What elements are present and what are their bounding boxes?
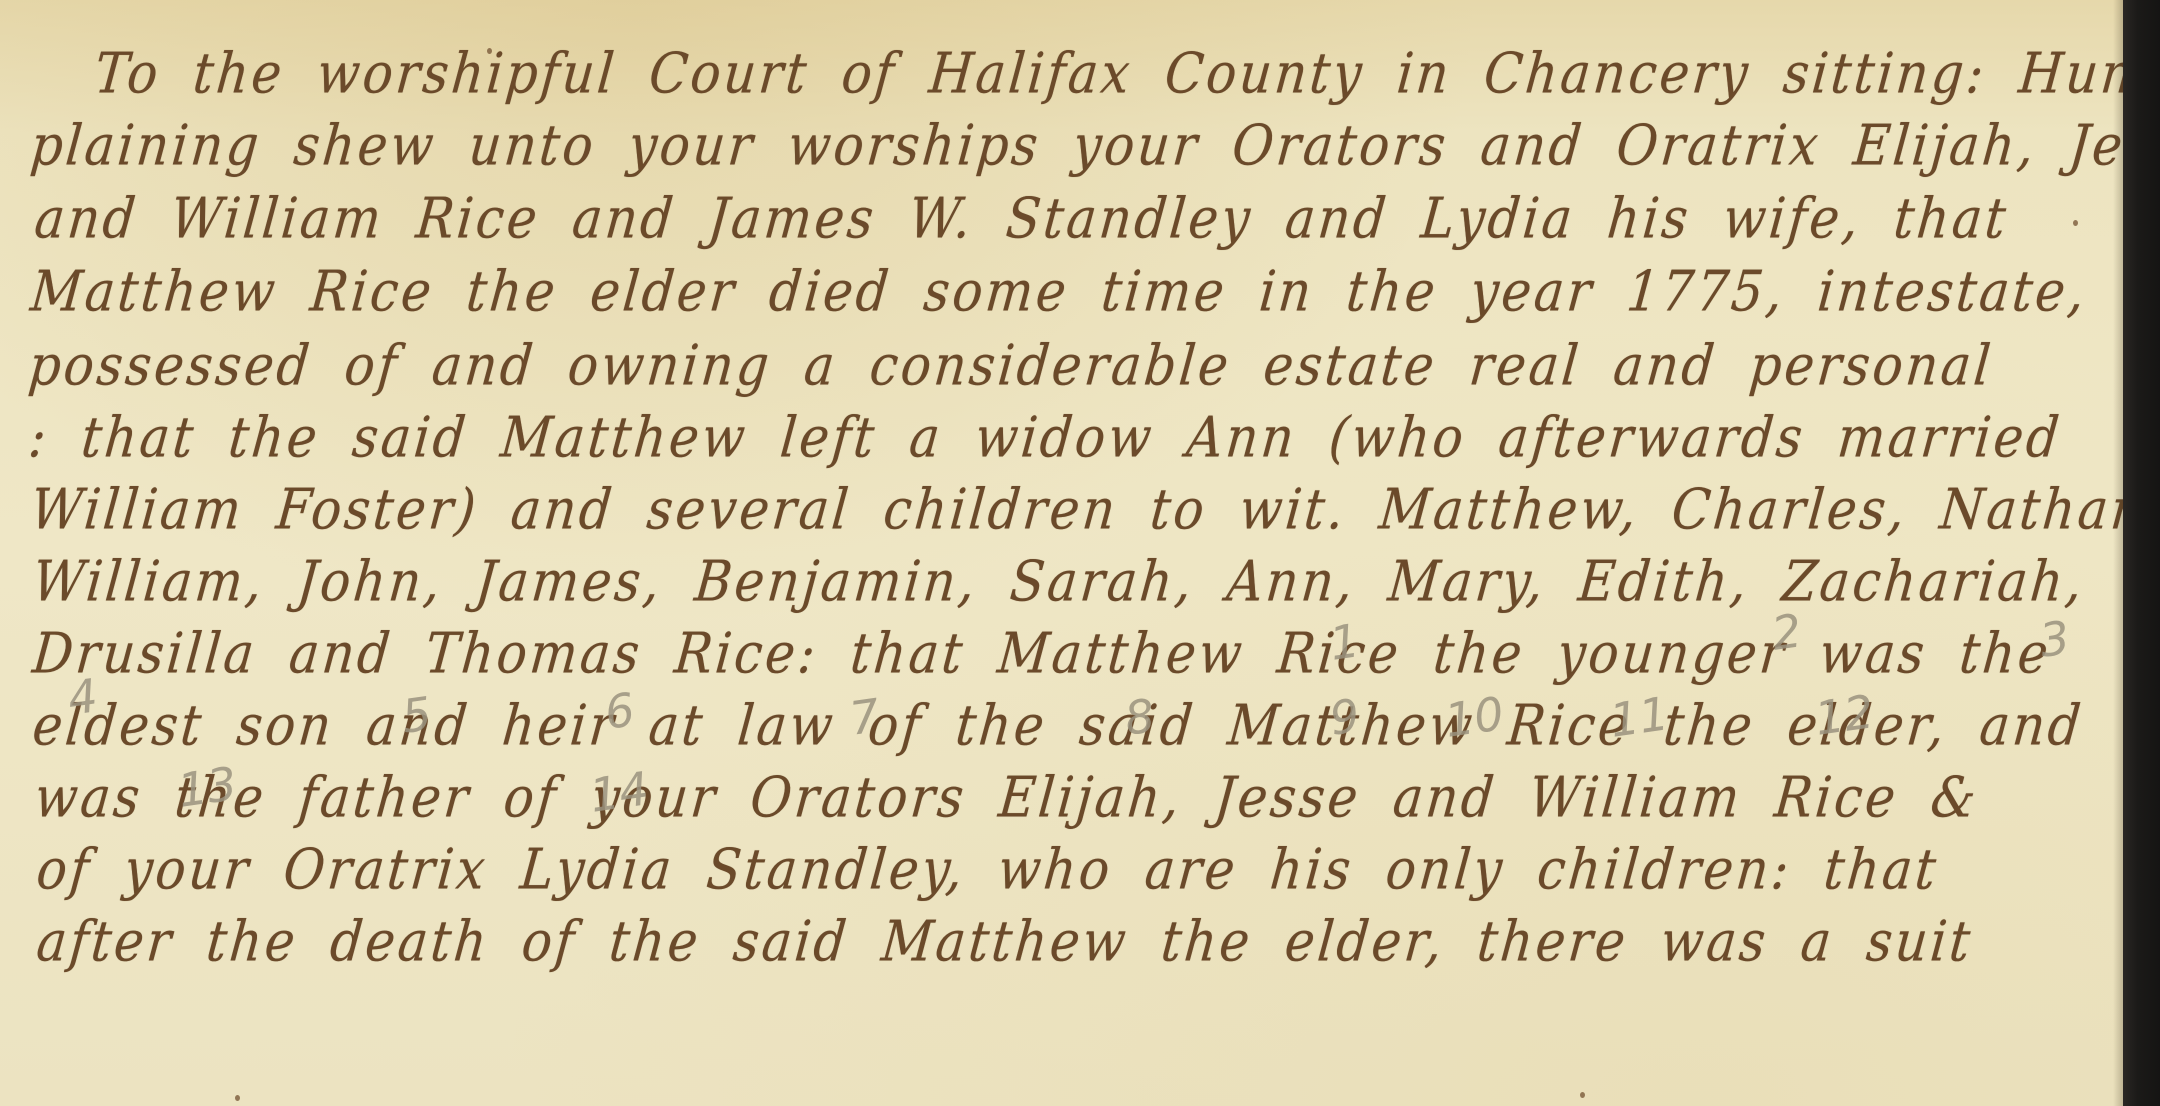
manuscript-line-2: plaining shew unto your worships your Or… xyxy=(28,113,2160,178)
manuscript-line-3: and William Rice and James W. Standley a… xyxy=(32,186,2011,251)
pencil-numeral-14: 14 xyxy=(587,761,652,823)
ink-speck xyxy=(2073,220,2078,226)
scanner-edge xyxy=(2123,0,2160,1106)
manuscript-line-4: Matthew Rice the elder died some time in… xyxy=(28,259,2090,324)
manuscript-line-9: Drusilla and Thomas Rice: that Matthew R… xyxy=(30,621,2054,686)
pencil-numeral-13: 13 xyxy=(175,756,240,818)
pencil-numeral-3: 3 xyxy=(2036,610,2073,668)
ink-speck xyxy=(235,1095,240,1101)
pencil-numeral-10: 10 xyxy=(1442,686,1507,748)
manuscript-line-13: after the death of the said Matthew the … xyxy=(34,909,1976,974)
manuscript-line-8: William, John, James, Benjamin, Sarah, A… xyxy=(30,549,2088,614)
ink-speck xyxy=(487,48,492,54)
manuscript-line-10: eldest son and heir at law of the said M… xyxy=(30,693,2086,758)
manuscript-line-11: was the father of your Orators Elijah, J… xyxy=(32,765,1982,830)
pencil-numeral-6: 6 xyxy=(601,682,638,740)
ink-speck xyxy=(1580,1092,1585,1098)
pencil-numeral-12: 12 xyxy=(1812,684,1877,746)
manuscript-line-6: : that the said Matthew left a widow Ann… xyxy=(26,405,2065,470)
pencil-numeral-11: 11 xyxy=(1607,686,1672,748)
manuscript-line-5: possessed of and owning a considerable e… xyxy=(26,333,1996,398)
manuscript-page: To the worshipful Court of Halifax Count… xyxy=(0,0,2123,1106)
manuscript-line-12: of your Oratrix Lydia Standley, who are … xyxy=(34,837,1942,902)
manuscript-line-1: To the worshipful Court of Halifax Count… xyxy=(92,41,2160,106)
manuscript-line-7: William Foster) and several children to … xyxy=(28,477,2160,542)
